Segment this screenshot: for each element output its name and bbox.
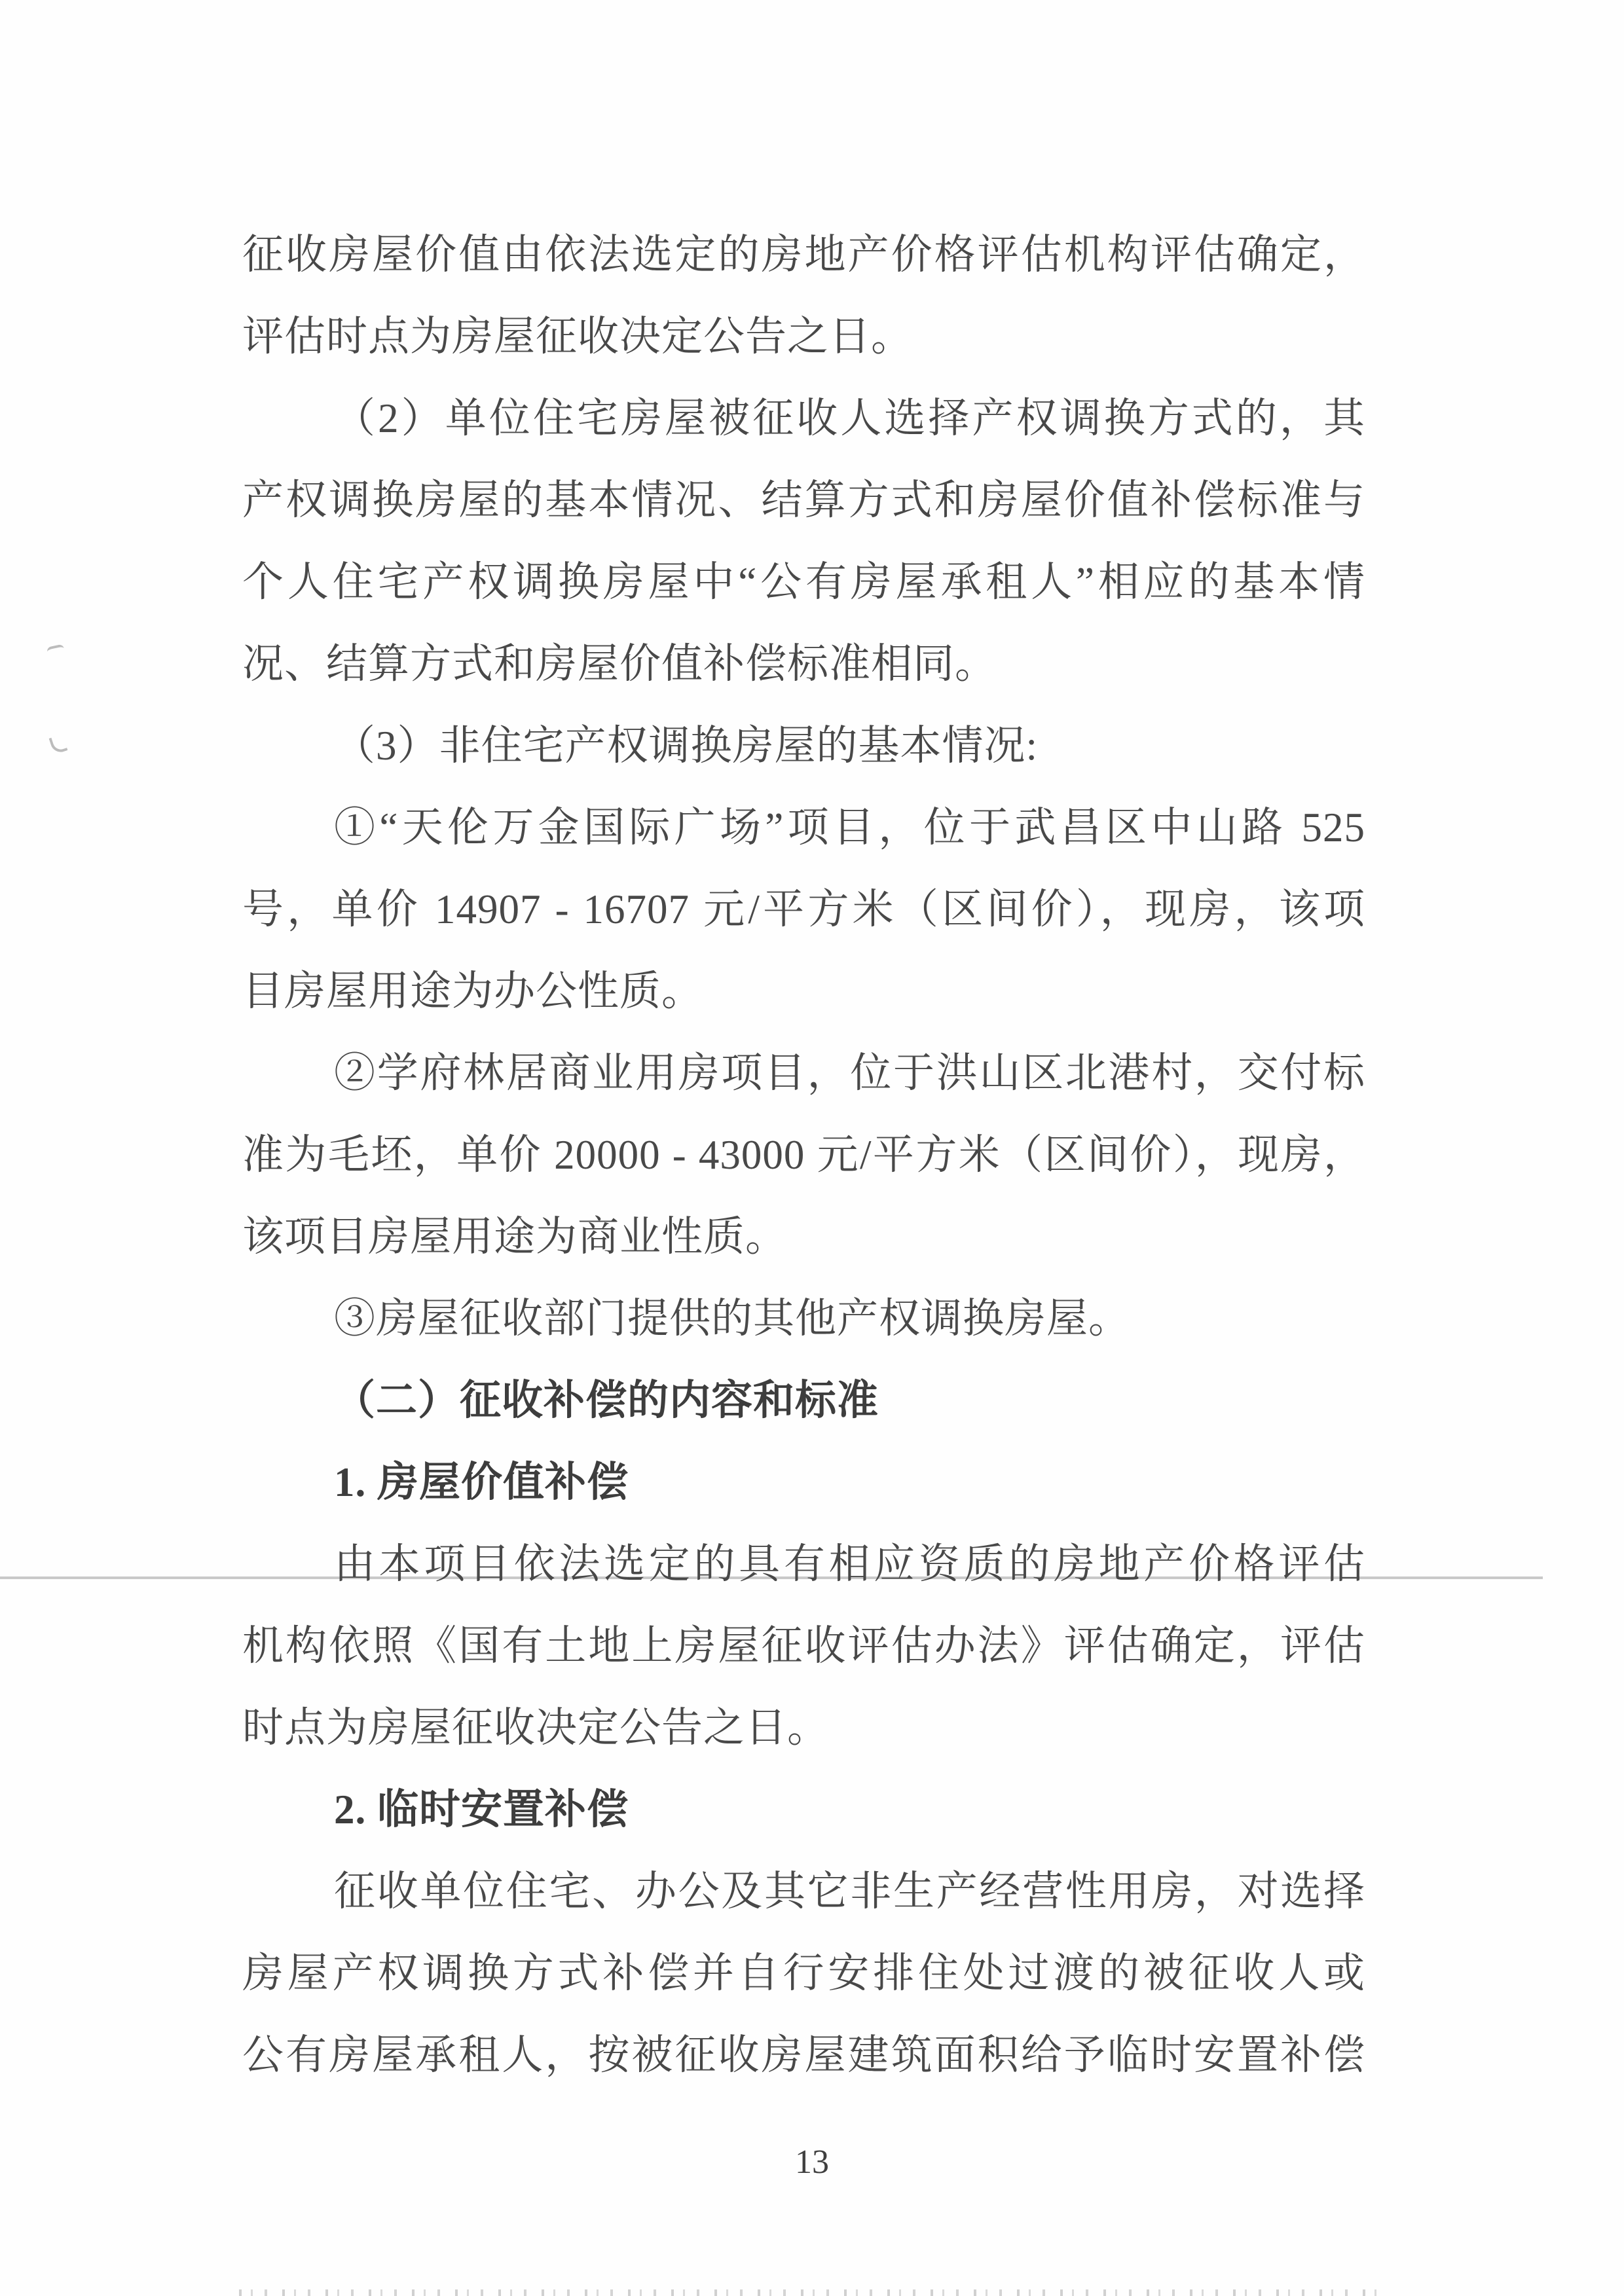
text-line: 2. 临时安置补偿	[242, 1769, 1365, 1851]
text-line: 1. 房屋价值补偿	[242, 1442, 1365, 1523]
text-line: ②学府林居商业用房项目，位于洪山区北港村，交付标	[242, 1032, 1365, 1114]
text-line: 个人住宅产权调换房屋中“公有房屋承租人”相应的基本情	[242, 541, 1365, 623]
text-line: 时点为房屋征收决定公告之日。	[242, 1687, 1365, 1769]
page-edge-cutoff-artifact	[239, 2289, 1382, 2296]
document-page: 征收房屋价值由依法选定的房地产价格评估机构评估确定，评估时点为房屋征收决定公告之…	[0, 0, 1624, 2296]
text-line: （二）征收补偿的内容和标准	[242, 1360, 1365, 1442]
text-line: 征收单位住宅、办公及其它非生产经营性用房，对选择	[242, 1851, 1365, 1933]
text-line: 评估时点为房屋征收决定公告之日。	[242, 296, 1365, 378]
page-number: 13	[0, 2140, 1624, 2185]
text-line: 产权调换房屋的基本情况、结算方式和房屋价值补偿标准与	[242, 460, 1365, 541]
margin-smudge-artifact	[49, 734, 68, 755]
text-line: 由本项目依法选定的具有相应资质的房地产价格评估	[242, 1523, 1365, 1605]
text-line: 准为毛坯，单价 20000 - 43000 元/平方米（区间价），现房，	[242, 1114, 1365, 1196]
text-line: （2）单位住宅房屋被征收人选择产权调换方式的，其	[242, 378, 1365, 460]
text-line: （3）非住宅产权调换房屋的基本情况:	[242, 705, 1365, 787]
text-line: 机构依照《国有土地上房屋征收评估办法》评估确定，评估	[242, 1605, 1365, 1687]
text-line: 号，单价 14907 - 16707 元/平方米（区间价），现房，该项	[242, 869, 1365, 951]
text-line: 征收房屋价值由依法选定的房地产价格评估机构评估确定，	[242, 214, 1365, 296]
document-body: 征收房屋价值由依法选定的房地产价格评估机构评估确定，评估时点为房屋征收决定公告之…	[242, 214, 1365, 2096]
text-line: 公有房屋承租人，按被征收房屋建筑面积给予临时安置补偿	[242, 2014, 1365, 2096]
margin-smudge-artifact	[46, 644, 65, 656]
text-line: 房屋产权调换方式补偿并自行安排住处过渡的被征收人或	[242, 1933, 1365, 2014]
text-line: 该项目房屋用途为商业性质。	[242, 1196, 1365, 1278]
text-line: ③房屋征收部门提供的其他产权调换房屋。	[242, 1278, 1365, 1360]
text-line: 目房屋用途为办公性质。	[242, 951, 1365, 1032]
text-line: 况、结算方式和房屋价值补偿标准相同。	[242, 623, 1365, 705]
text-line: ①“天伦万金国际广场”项目，位于武昌区中山路 525	[242, 787, 1365, 869]
